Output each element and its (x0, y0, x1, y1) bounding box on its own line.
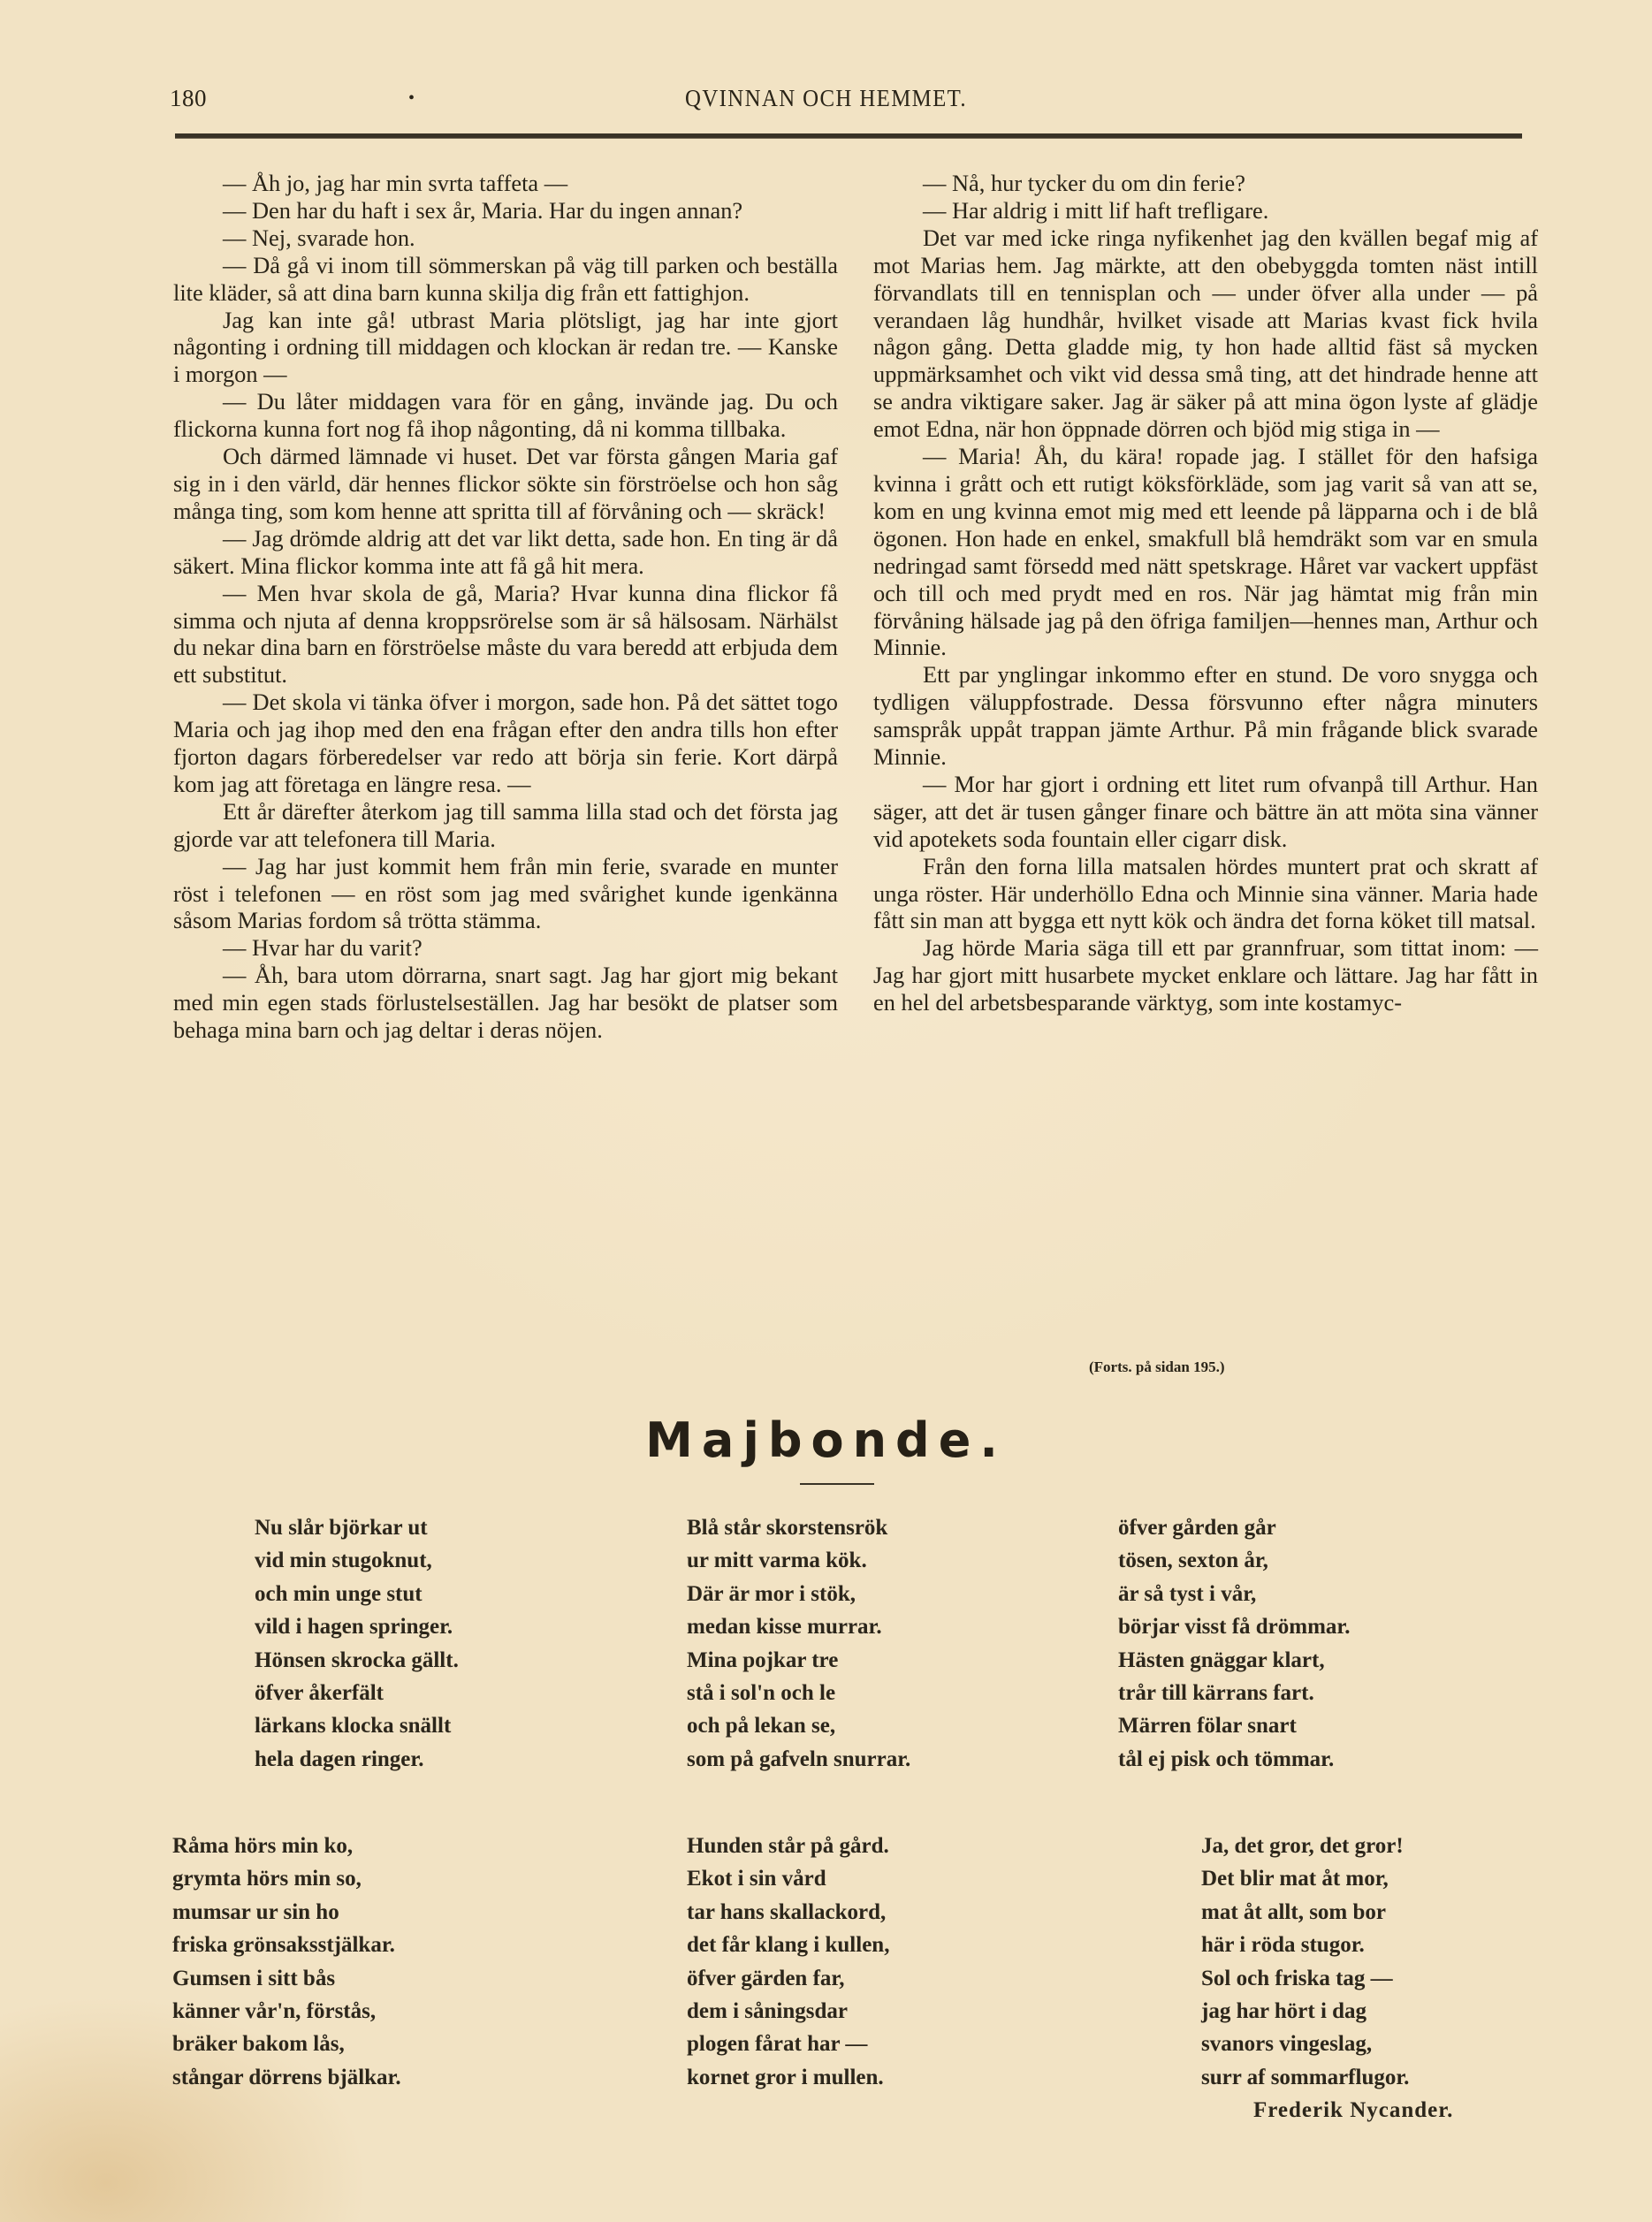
poem-line: plogen fårat har — (687, 2028, 889, 2060)
article-column-right: — Nå, hur tycker du om din ferie?— Har a… (873, 170, 1538, 1016)
poem-line: vid min stugoknut, (255, 1544, 459, 1577)
poem-line: Ekot i sin vård (687, 1862, 889, 1895)
magazine-page: 180 • QVINNAN OCH HEMMET. — Åh jo, jag h… (0, 0, 1652, 2222)
poem-line: Gumsen i sitt bås (172, 1962, 401, 1995)
paragraph: — Du låter middagen vara för en gång, in… (173, 388, 838, 443)
poem-line: är så tyst i vår, (1118, 1578, 1350, 1610)
paragraph: — Jag har just kommit hem från min ferie… (173, 853, 838, 935)
poem-line: svanors vingeslag, (1201, 2028, 1409, 2060)
paragraph: Ett år därefter återkom jag till samma l… (173, 798, 838, 853)
continued-note: (Forts. på sidan 195.) (1089, 1358, 1224, 1376)
paragraph: — Maria! Åh, du kära! ropade jag. I stäl… (873, 443, 1538, 661)
poem-line: jag har hört i dag (1201, 1995, 1409, 2028)
poem-line: Hönsen skrocka gällt. (255, 1644, 459, 1677)
header-rule (175, 133, 1522, 139)
poem-line: och på lekan se, (687, 1709, 910, 1742)
paragraph: — Nå, hur tycker du om din ferie? (873, 170, 1538, 197)
poem-line: Ja, det gror, det gror! (1201, 1830, 1409, 1862)
paragraph: Från den forna lilla matsalen hördes mun… (873, 853, 1538, 935)
poem-line: öfver åkerfält (255, 1677, 459, 1709)
paragraph: — Den har du haft i sex år, Maria. Har d… (173, 197, 838, 224)
poem-line: tål ej pisk och tömmar. (1118, 1743, 1350, 1776)
journal-title: QVINNAN OCH HEMMET. (66, 85, 1586, 112)
poem-line: stå i sol'n och le (687, 1677, 910, 1709)
poem-stanza: öfver gården gårtösen, sexton år,är så t… (1118, 1511, 1350, 1776)
paragraph: Och därmed lämnade vi huset. Det var för… (173, 443, 838, 525)
poem-stanza: Nu slår björkar utvid min stugoknut,och … (255, 1511, 459, 1776)
paragraph: — Åh jo, jag har min svrta taffeta — (173, 170, 838, 197)
poem-line: tösen, sexton år, (1118, 1544, 1350, 1577)
poem-line: öfver gärden far, (687, 1962, 889, 1995)
poem-line: mat åt allt, som bor (1201, 1896, 1409, 1929)
paragraph: — Det skola vi tänka öfver i morgon, sad… (173, 689, 838, 798)
poem-line: Hunden står på gård. (687, 1830, 889, 1862)
poem-line: det får klang i kullen, (687, 1929, 889, 1961)
poem-line: tar hans skallackord, (687, 1896, 889, 1929)
poem-line: mumsar ur sin ho (172, 1896, 401, 1929)
poem-line: friska grönsaksstjälkar. (172, 1929, 401, 1961)
paragraph: — Då gå vi inom till sömmerskan på väg t… (173, 252, 838, 307)
paragraph: Jag kan inte gå! utbrast Maria plötsligt… (173, 307, 838, 389)
poem-line: här i röda stugor. (1201, 1929, 1409, 1961)
poem-line: hela dagen ringer. (255, 1743, 459, 1776)
paragraph: — Mor har gjort i ordning ett litet rum … (873, 771, 1538, 853)
paragraph: Det var med icke ringa nyfikenhet jag de… (873, 224, 1538, 443)
poem-line: medan kisse murrar. (687, 1610, 910, 1643)
article-column-left: — Åh jo, jag har min svrta taffeta —— De… (173, 170, 838, 1044)
poem-author: Frederik Nycander. (1253, 2098, 1453, 2123)
poem-line: känner vår'n, förstås, (172, 1995, 401, 2028)
paragraph: — Nej, svarade hon. (173, 224, 838, 252)
poem-line: Nu slår björkar ut (255, 1511, 459, 1544)
poem-line: vild i hagen springer. (255, 1610, 459, 1643)
running-head: 180 • QVINNAN OCH HEMMET. (0, 85, 1652, 120)
poem-stanza: Blå står skorstensrökur mitt varma kök.D… (687, 1511, 910, 1776)
poem-line: kornet gror i mullen. (687, 2061, 889, 2094)
poem-line: Sol och friska tag — (1201, 1962, 1409, 1995)
poem-line: stångar dörrens bjälkar. (172, 2061, 401, 2094)
paragraph: — Men hvar skola de gå, Maria? Hvar kunn… (173, 580, 838, 689)
poem-line: bräker bakom lås, (172, 2028, 401, 2060)
paragraph: — Hvar har du varit? (173, 934, 838, 962)
poem-line: börjar visst få drömmar. (1118, 1610, 1350, 1643)
poem-title: Majbonde. (0, 1412, 1652, 1468)
poem-line: lärkans klocka snällt (255, 1709, 459, 1742)
paragraph: — Har aldrig i mitt lif haft trefligare. (873, 197, 1538, 224)
title-rule (800, 1483, 874, 1485)
poem-stanza: Råma hörs min ko,grymta hörs min so,mums… (172, 1830, 401, 2094)
poem-line: Märren fölar snart (1118, 1709, 1350, 1742)
poem-line: öfver gården går (1118, 1511, 1350, 1544)
poem-line: som på gafveln snurrar. (687, 1743, 910, 1776)
poem-line: Mina pojkar tre (687, 1644, 910, 1677)
paragraph: — Jag drömde aldrig att det var likt det… (173, 525, 838, 580)
poem-line: Blå står skorstensrök (687, 1511, 910, 1544)
poem-line: surr af sommarflugor. (1201, 2061, 1409, 2094)
poem-line: Det blir mat åt mor, (1201, 1862, 1409, 1895)
poem-line: Hästen gnäggar klart, (1118, 1644, 1350, 1677)
poem-stanza: Hunden står på gård.Ekot i sin vårdtar h… (687, 1830, 889, 2094)
paragraph: — Åh, bara utom dörrarna, snart sagt. Ja… (173, 962, 838, 1044)
paragraph: Jag hörde Maria säga till ett par grannf… (873, 934, 1538, 1016)
poem-line: Där är mor i stök, (687, 1578, 910, 1610)
poem-line: dem i såningsdar (687, 1995, 889, 2028)
poem-line: grymta hörs min so, (172, 1862, 401, 1895)
poem-stanza: Ja, det gror, det gror!Det blir mat åt m… (1201, 1830, 1409, 2094)
poem-line: ur mitt varma kök. (687, 1544, 910, 1577)
paragraph: Ett par ynglingar inkommo efter en stund… (873, 661, 1538, 771)
poem-line: Råma hörs min ko, (172, 1830, 401, 1862)
poem-line: trår till kärrans fart. (1118, 1677, 1350, 1709)
poem-line: och min unge stut (255, 1578, 459, 1610)
